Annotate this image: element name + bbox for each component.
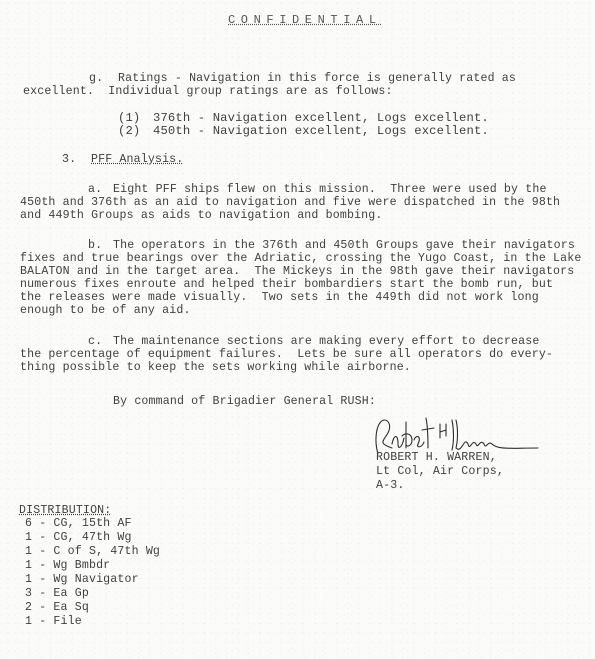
- para-c-line-1: The maintenance sections are making ever…: [113, 335, 539, 348]
- rating-2-num: (2): [118, 125, 140, 138]
- section-g-line-1: Ratings - Navigation in this force is ge…: [118, 72, 516, 85]
- para-c-line-2: the percentage of equipment failures. Le…: [20, 348, 553, 361]
- para-b-line-4: numerous fixes enroute and helped their …: [20, 278, 553, 291]
- distribution-item: 6 - CG, 15th AF: [25, 517, 132, 530]
- section-3-number: 3.: [62, 153, 76, 166]
- para-b-line-6: enough to be of any aid.: [20, 304, 191, 317]
- para-c-label: c.: [88, 335, 102, 348]
- section-3-title: PFF Analysis.: [91, 153, 183, 166]
- section-g-line-2: excellent. Individual group ratings are …: [23, 85, 393, 98]
- distribution-item: 1 - Wg Bmbdr: [25, 559, 110, 572]
- rating-2-text: 450th - Navigation excellent, Logs excel…: [153, 125, 489, 138]
- distribution-item: 2 - Ea Sq: [25, 601, 89, 614]
- distribution-item: 3 - Ea Gp: [25, 587, 89, 600]
- para-b-line-5: the releases were made visually. Two set…: [20, 291, 539, 304]
- distribution-item: 1 - Wg Navigator: [25, 573, 139, 586]
- para-b-line-2: fixes and true bearings over the Adriati…: [20, 252, 581, 265]
- para-a-label: a.: [88, 183, 102, 196]
- para-b-line-3: BALATON and in the target area. The Mick…: [20, 265, 574, 278]
- distribution-title: DISTRIBUTION:: [19, 504, 111, 517]
- para-a-line-3: and 449th Groups as aids to navigation a…: [20, 209, 382, 222]
- distribution-item: 1 - CG, 47th Wg: [25, 531, 132, 544]
- para-a-line-1: Eight PFF ships flew on this mission. Th…: [113, 183, 547, 196]
- classification-header: CONFIDENTIAL: [228, 13, 382, 27]
- para-c-line-3: thing possible to keep the sets working …: [20, 361, 411, 374]
- para-b-line-1: The operators in the 376th and 450th Gro…: [113, 239, 575, 252]
- para-a-line-2: 450th and 376th as an aid to navigation …: [20, 196, 560, 209]
- command-line: By command of Brigadier General RUSH:: [113, 395, 376, 408]
- distribution-item: 1 - File: [25, 615, 82, 628]
- signature-name: ROBERT H. WARREN,: [376, 451, 497, 464]
- distribution-item: 1 - C of S, 47th Wg: [25, 545, 160, 558]
- signature-rank: Lt Col, Air Corps,: [376, 465, 504, 478]
- signature-office: A-3.: [376, 479, 404, 492]
- document-page: CONFIDENTIAL g. Ratings - Navigation in …: [0, 0, 595, 659]
- section-g-label: g.: [89, 72, 103, 85]
- para-b-label: b.: [88, 239, 102, 252]
